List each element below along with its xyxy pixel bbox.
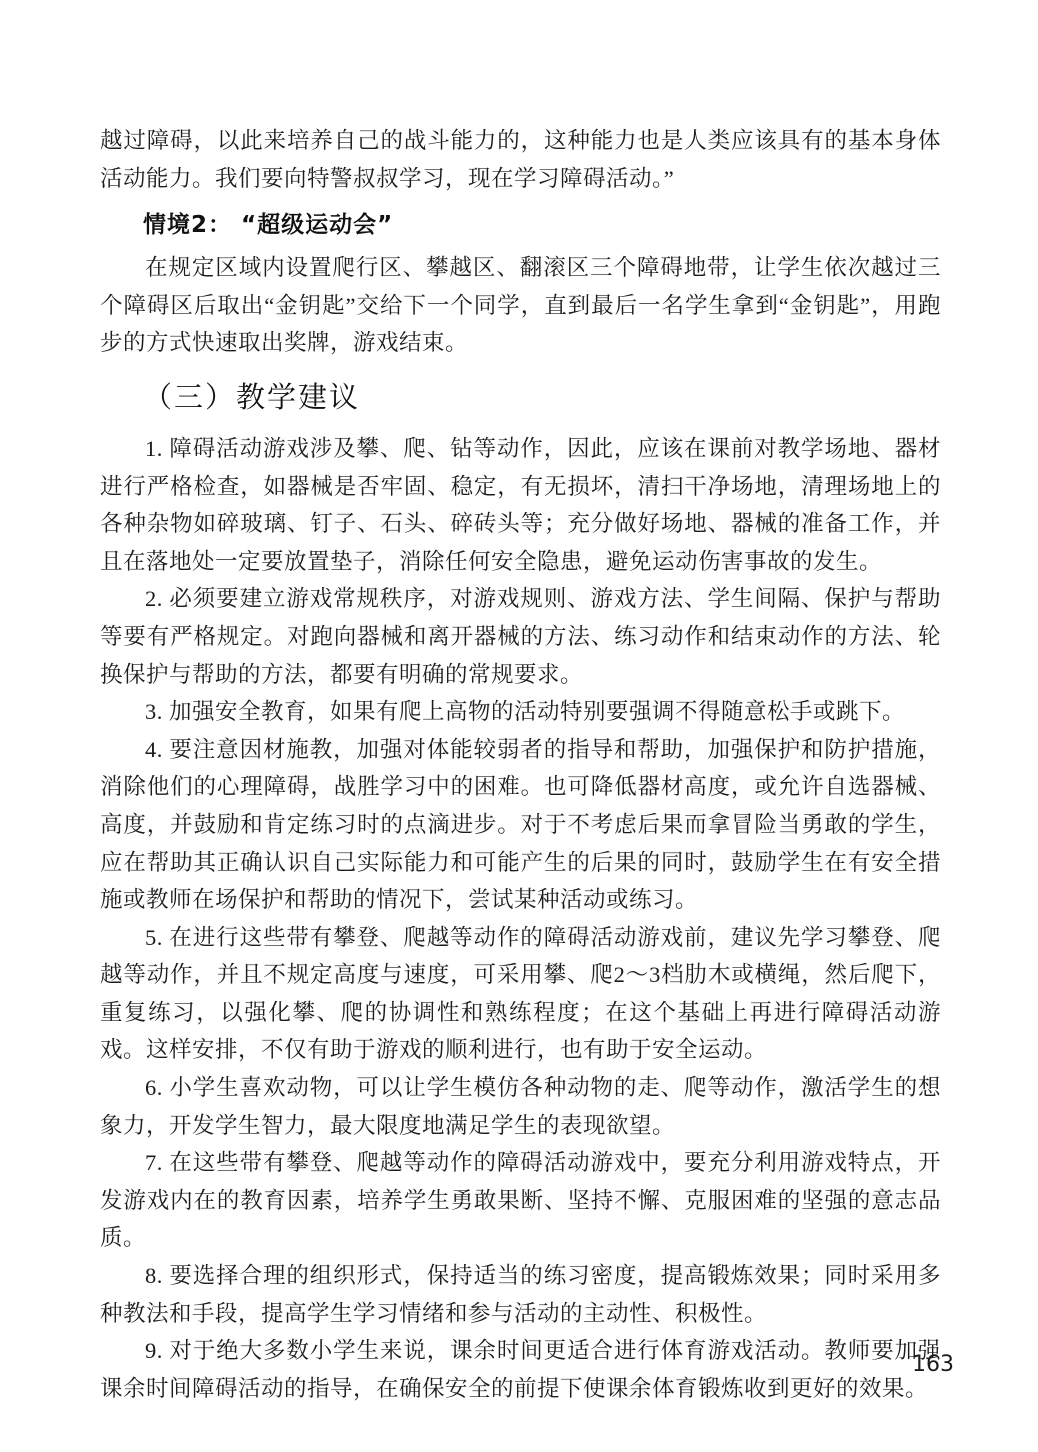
suggestion-item-9: 9. 对于绝大多数小学生来说，课余时间更适合进行体育游戏活动。教师要加强课余时间… <box>100 1332 941 1407</box>
section3-heading: （三）教学建议 <box>143 379 941 417</box>
page-number: 163 <box>912 1352 954 1377</box>
suggestion-item-8: 8. 要选择合理的组织形式，保持适当的练习密度，提高锻炼效果；同时采用多种教法和… <box>100 1257 941 1332</box>
suggestion-item-5: 5. 在进行这些带有攀登、爬越等动作的障碍活动游戏前，建议先学习攀登、爬越等动作… <box>100 919 941 1069</box>
suggestion-item-6: 6. 小学生喜欢动物，可以让学生模仿各种动物的走、爬等动作，激活学生的想象力，开… <box>100 1069 941 1144</box>
suggestion-item-7: 7. 在这些带有攀登、爬越等动作的障碍活动游戏中，要充分利用游戏特点，开发游戏内… <box>100 1144 941 1257</box>
suggestion-item-3: 3. 加强安全教育，如果有爬上高物的活动特别要强调不得随意松手或跳下。 <box>100 693 941 731</box>
text-block: 越过障碍，以此来培养自己的战斗能力的，这种能力也是人类应该具有的基本身体活动能力… <box>100 122 941 1407</box>
scenario2-heading: 情境2： “超级运动会” <box>143 210 941 240</box>
continuation-paragraph: 越过障碍，以此来培养自己的战斗能力的，这种能力也是人类应该具有的基本身体活动能力… <box>100 122 941 197</box>
suggestion-item-2: 2. 必须要建立游戏常规秩序，对游戏规则、游戏方法、学生间隔、保护与帮助等要有严… <box>100 580 941 693</box>
suggestion-item-1: 1. 障碍活动游戏涉及攀、爬、钻等动作，因此，应该在课前对教学场地、器材进行严格… <box>100 430 941 580</box>
scenario2-paragraph: 在规定区域内设置爬行区、攀越区、翻滚区三个障碍地带，让学生依次越过三个障碍区后取… <box>100 249 941 362</box>
suggestion-item-4: 4. 要注意因材施教，加强对体能较弱者的指导和帮助，加强保护和防护措施，消除他们… <box>100 731 941 919</box>
document-page: 越过障碍，以此来培养自己的战斗能力的，这种能力也是人类应该具有的基本身体活动能力… <box>0 0 1038 1452</box>
